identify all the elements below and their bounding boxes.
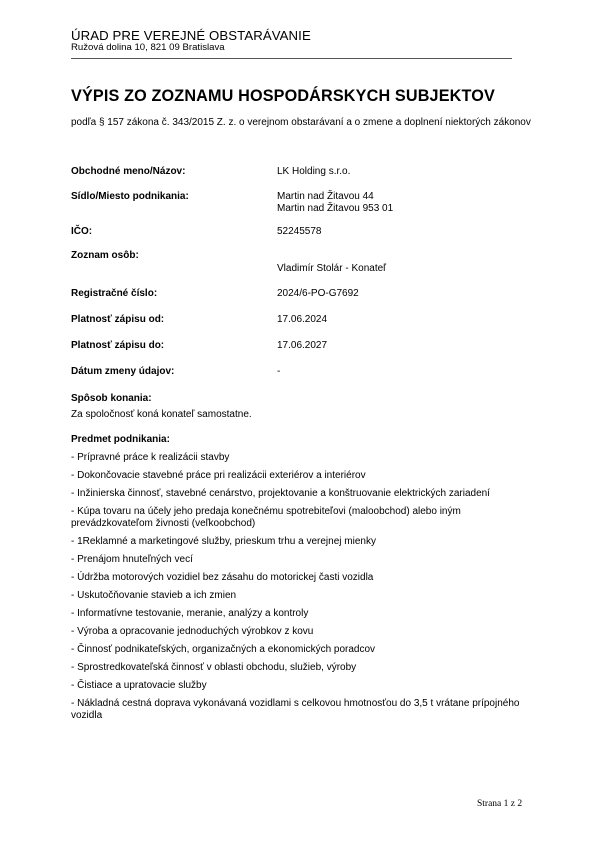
registration-value: 2024/6-PO-G7692 xyxy=(277,288,359,300)
ico-label: IČO: xyxy=(71,226,92,237)
list-item: - Kúpa tovaru na účely jeho predaja kone… xyxy=(71,506,531,530)
list-item: - Prípravné práce k realizácii stavby xyxy=(71,452,531,464)
list-item: - Činnosť podnikateľských, organizačných… xyxy=(71,644,531,656)
organization-address: Ružová dolina 10, 821 09 Bratislava xyxy=(71,42,225,53)
list-item: - Nákladná cestná doprava vykonávaná voz… xyxy=(71,698,531,722)
list-item: - Informatívne testovanie, meranie, anal… xyxy=(71,608,531,620)
list-item: - Výroba a opracovanie jednoduchých výro… xyxy=(71,626,531,638)
valid-from-label: Platnosť zápisu od: xyxy=(71,314,164,325)
list-item: - Prenájom hnuteľných vecí xyxy=(71,554,531,566)
list-item: - Dokončovacie stavebné práce pri realiz… xyxy=(71,470,531,482)
persons-label: Zoznam osôb: xyxy=(71,250,139,261)
business-name-label: Obchodné meno/Názov: xyxy=(71,166,185,177)
document-title: VÝPIS ZO ZOZNAMU HOSPODÁRSKYCH SUBJEKTOV xyxy=(71,87,495,106)
business-subject-label: Predmet podnikania: xyxy=(71,434,170,445)
seat-label: Sídlo/Miesto podnikania: xyxy=(71,191,189,202)
page-number: Strana 1 z 2 xyxy=(477,799,522,809)
change-date-value: - xyxy=(277,366,280,378)
acting-label: Spôsob konania: xyxy=(71,393,152,404)
seat-value-line2: Martin nad Žitavou 953 01 xyxy=(277,203,393,215)
list-item: - Uskutočňovanie stavieb a ich zmien xyxy=(71,590,531,602)
list-item: - Čistiace a upratovacie služby xyxy=(71,680,531,692)
registration-label: Registračné číslo: xyxy=(71,288,157,299)
change-date-label: Dátum zmeny údajov: xyxy=(71,366,174,377)
list-item: - Sprostredkovateľská činnosť v oblasti … xyxy=(71,662,531,674)
valid-to-value: 17.06.2027 xyxy=(277,340,327,352)
ico-value: 52245578 xyxy=(277,226,322,238)
list-item: - Údržba motorových vozidiel bez zásahu … xyxy=(71,572,531,584)
list-item: - Inžinierska činnosť, stavebné cenárstv… xyxy=(71,488,531,500)
list-item: - 1Reklamné a marketingové služby, pries… xyxy=(71,536,531,548)
document-subtitle: podľa § 157 zákona č. 343/2015 Z. z. o v… xyxy=(71,117,531,129)
organization-name: ÚRAD PRE VEREJNÉ OBSTARÁVANIE xyxy=(71,28,311,43)
valid-to-label: Platnosť zápisu do: xyxy=(71,340,164,351)
business-name-value: LK Holding s.r.o. xyxy=(277,166,350,178)
header-divider xyxy=(71,58,512,59)
seat-value-line1: Martin nad Žitavou 44 xyxy=(277,191,374,203)
valid-from-value: 17.06.2024 xyxy=(277,314,327,326)
persons-value: Vladimír Stolár - Konateľ xyxy=(277,263,386,275)
acting-text: Za spoločnosť koná konateľ samostatne. xyxy=(71,409,252,420)
